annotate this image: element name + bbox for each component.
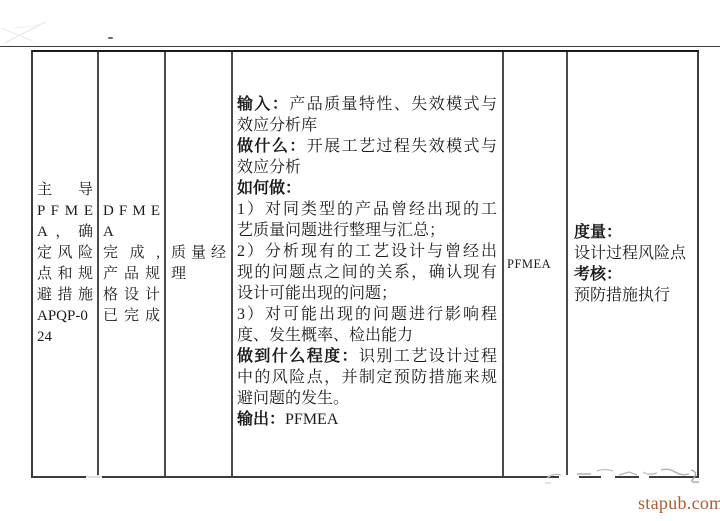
process-line: 输出：PFMEA bbox=[237, 409, 497, 430]
stapub-watermark: stapub.com bbox=[638, 493, 720, 514]
process-line: 艺质量问题进行整理与汇总； bbox=[237, 220, 497, 241]
task-line: 点和规 bbox=[37, 264, 93, 285]
cell-process-description: 输入：产品质量特性、失效模式与效应分析库做什么：开展工艺过程失效模式与效应分析如… bbox=[233, 52, 504, 476]
task-line: 避措施 bbox=[37, 285, 93, 306]
process-definition-table: 主导P F M EA，确定风险点和规避措施APQP-024 D F M E A完… bbox=[31, 50, 699, 478]
task-line: 定风险 bbox=[37, 243, 93, 264]
precondition-line: 产品规 bbox=[103, 264, 160, 285]
process-line: 度、发生概率、检出能力 bbox=[237, 325, 497, 346]
owner-line: 理 bbox=[171, 264, 226, 285]
cell-task-name: 主导P F M EA，确定风险点和规避措施APQP-024 bbox=[33, 52, 99, 476]
metrics-line: 设计过程风险点 bbox=[574, 243, 697, 264]
border-erasure-mark bbox=[86, 475, 102, 479]
process-line: 2）分析现有的工艺设计与曾经出 bbox=[237, 241, 497, 262]
process-line: 3）对可能出现的问题进行影响程 bbox=[237, 304, 497, 325]
precondition-line: 完成, bbox=[103, 243, 160, 264]
cell-precondition: D F M E A完成,产品规格设计已完成 bbox=[99, 52, 166, 476]
precondition-line: 格设计 bbox=[103, 285, 160, 306]
process-line: 1）对同类型的产品曾经出现的工 bbox=[237, 199, 497, 220]
precondition-line: 已完成 bbox=[103, 306, 160, 327]
metrics-line: 度量： bbox=[574, 222, 697, 243]
task-line: 主导 bbox=[37, 180, 93, 201]
process-line: 设计可能出现的问题； bbox=[237, 283, 497, 304]
precondition-line: D F M E A bbox=[103, 201, 160, 243]
task-line: 24 bbox=[37, 327, 93, 348]
process-line: 如何做： bbox=[237, 178, 497, 199]
process-line: 做什么：开展工艺过程失效模式与 bbox=[237, 136, 497, 157]
cell-owner: 质量经理 bbox=[166, 52, 233, 476]
task-line: APQP-0 bbox=[37, 306, 93, 327]
task-line: A，确 bbox=[37, 222, 93, 243]
cell-metrics: 度量：设计过程风险点考核：预防措施执行 bbox=[568, 52, 697, 476]
process-line: 做到什么程度：识别工艺设计过程 bbox=[237, 346, 497, 367]
faded-watermark-scribble bbox=[543, 462, 705, 486]
output-value: PFMEA bbox=[507, 257, 566, 272]
process-line: 效应分析库 bbox=[237, 115, 497, 136]
process-line: 避问题的发生。 bbox=[237, 388, 497, 409]
process-line: 输入：产品质量特性、失效模式与 bbox=[237, 94, 497, 115]
top-rule-line bbox=[0, 46, 720, 47]
process-line: 现的问题点之间的关系，确认现有 bbox=[237, 262, 497, 283]
metrics-line: 考核： bbox=[574, 264, 697, 285]
metrics-line: 预防措施执行 bbox=[574, 285, 697, 306]
task-line: P F M E bbox=[37, 201, 93, 222]
cell-output: PFMEA bbox=[504, 52, 568, 476]
ink-speck bbox=[108, 37, 113, 39]
owner-line: 质量经 bbox=[171, 243, 226, 264]
process-line: 效应分析 bbox=[237, 157, 497, 178]
process-line: 中的风险点，并制定预防措施来规 bbox=[237, 367, 497, 388]
